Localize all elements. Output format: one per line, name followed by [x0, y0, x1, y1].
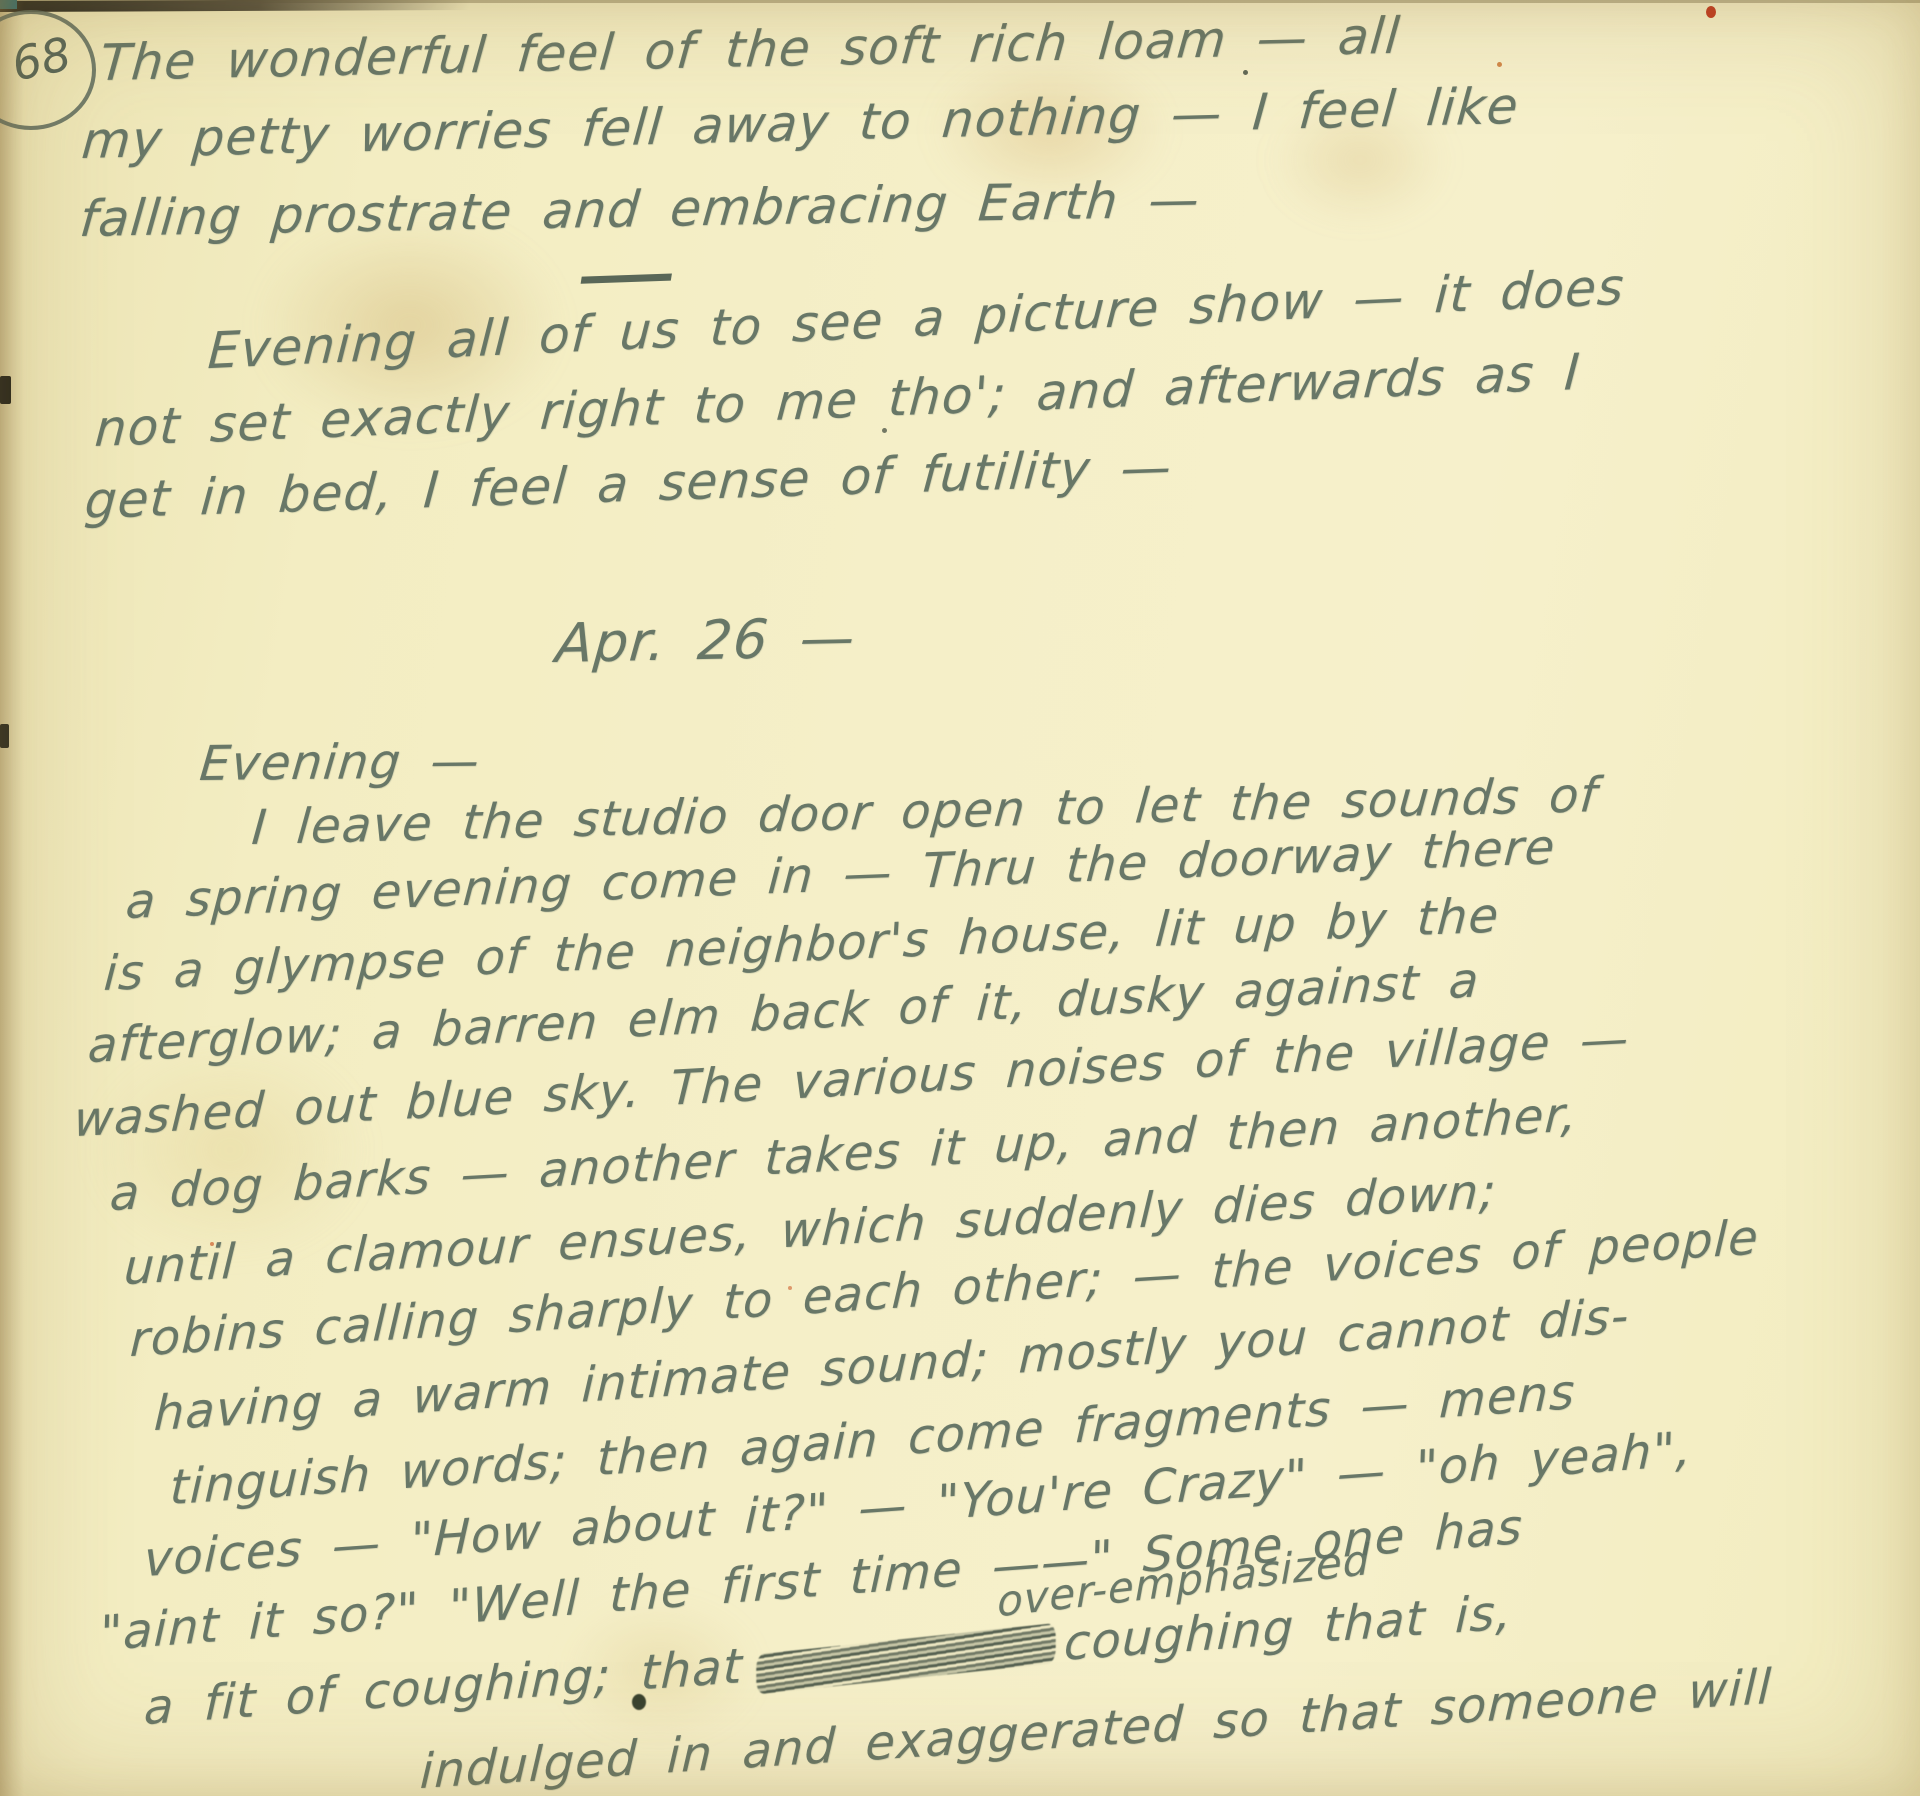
orange-speck: [1497, 62, 1502, 67]
pencil-speck: [882, 428, 887, 433]
pencil-speck: [1243, 70, 1248, 75]
torn-edge-mark: [0, 0, 470, 12]
red-speck: [1706, 6, 1716, 18]
scribbled-out-word: [757, 1623, 1056, 1695]
journal-page: 68 The wonderful feel of the soft rich l…: [0, 0, 1920, 1796]
journal-line-part: a fit of coughing; that: [143, 1638, 744, 1736]
left-edge-mark: [0, 724, 9, 748]
date-heading: Apr. 26 —: [553, 606, 858, 675]
journal-line: The wonderful feel of the soft rich loam…: [98, 7, 1403, 92]
entry-heading: Evening —: [197, 733, 482, 792]
paper-stain: [90, 1040, 370, 1260]
page-number: 68: [7, 27, 75, 92]
journal-line: my petty worries fell away to nothing — …: [80, 77, 1522, 170]
page-left-edge-shadow: [0, 0, 24, 1796]
left-edge-mark: [0, 376, 11, 404]
section-divider: —: [575, 250, 676, 293]
page-number-circle: 68: [0, 10, 96, 130]
